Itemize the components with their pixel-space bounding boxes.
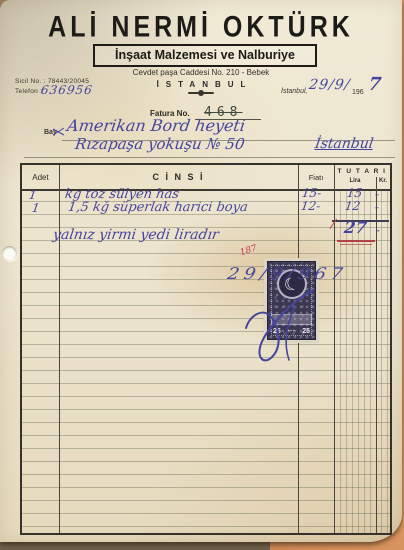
handwritten-day-month: 29/9/ [308, 77, 351, 93]
cell-lira: 15 [346, 186, 363, 200]
pen-scribble [52, 126, 66, 138]
hole-punch [2, 246, 17, 261]
customer-city-handwritten: İstanbul [314, 136, 374, 152]
digit-guide-line [381, 189, 382, 533]
total-underline [337, 240, 375, 242]
digit-guide-line [387, 189, 388, 533]
col-header-kr: Kr. [376, 178, 390, 184]
total-underline [340, 244, 372, 245]
column-line-adet [59, 165, 60, 533]
total-amount-lira: 27 [343, 218, 368, 237]
cell-fiati: 12- [300, 199, 321, 213]
ornament-divider [188, 92, 214, 94]
scanner-bed-strip [0, 541, 270, 550]
handwritten-year-digit: 7 [367, 74, 382, 95]
col-header-tutari: T U T A R I [334, 168, 390, 175]
col-header-cinsi: C İ N S İ [59, 172, 298, 182]
cell-cinsi: 1,5 kğ süperlak harici boya [67, 200, 249, 215]
printed-year: 196 [352, 89, 364, 96]
col-header-fiati: Fiatı [298, 173, 334, 182]
company-title: ALİ NERMİ OKTÜRK [0, 10, 402, 44]
ruled-line [24, 157, 395, 158]
telefon-label: Telefon : [15, 88, 42, 95]
cell-lira: 12 [344, 199, 361, 213]
cell-fiati: 15- [301, 186, 322, 200]
dateline-place-label: İstanbul, [281, 88, 307, 95]
customer-address-handwritten: Rızapaşa yokuşu № 50 [74, 135, 246, 153]
company-subtitle-box: İnşaat Malzemesi ve Nalburiye [93, 44, 317, 67]
company-address: Cevdet paşa Caddesi No. 210 - Bebek [0, 68, 402, 77]
col-header-adet: Adet [22, 173, 59, 182]
telefon-handwritten: 636956 [40, 83, 94, 97]
col-header-lira: Lira [334, 178, 376, 184]
invoice-paper: ALİ NERMİ OKTÜRK İnşaat Malzemesi ve Nal… [0, 0, 402, 542]
invoice-table: Adet C İ N S İ Fiatı T U T A R I Lira Kr… [20, 163, 392, 535]
signature-flourish [233, 284, 328, 369]
total-in-words-handwritten: yalnız yirmi yedi liradır [52, 227, 220, 243]
handwritten-date-over-stamp: 29/9/967 [226, 264, 349, 283]
customer-name-handwritten: Amerikan Bord heyeti [66, 116, 246, 135]
